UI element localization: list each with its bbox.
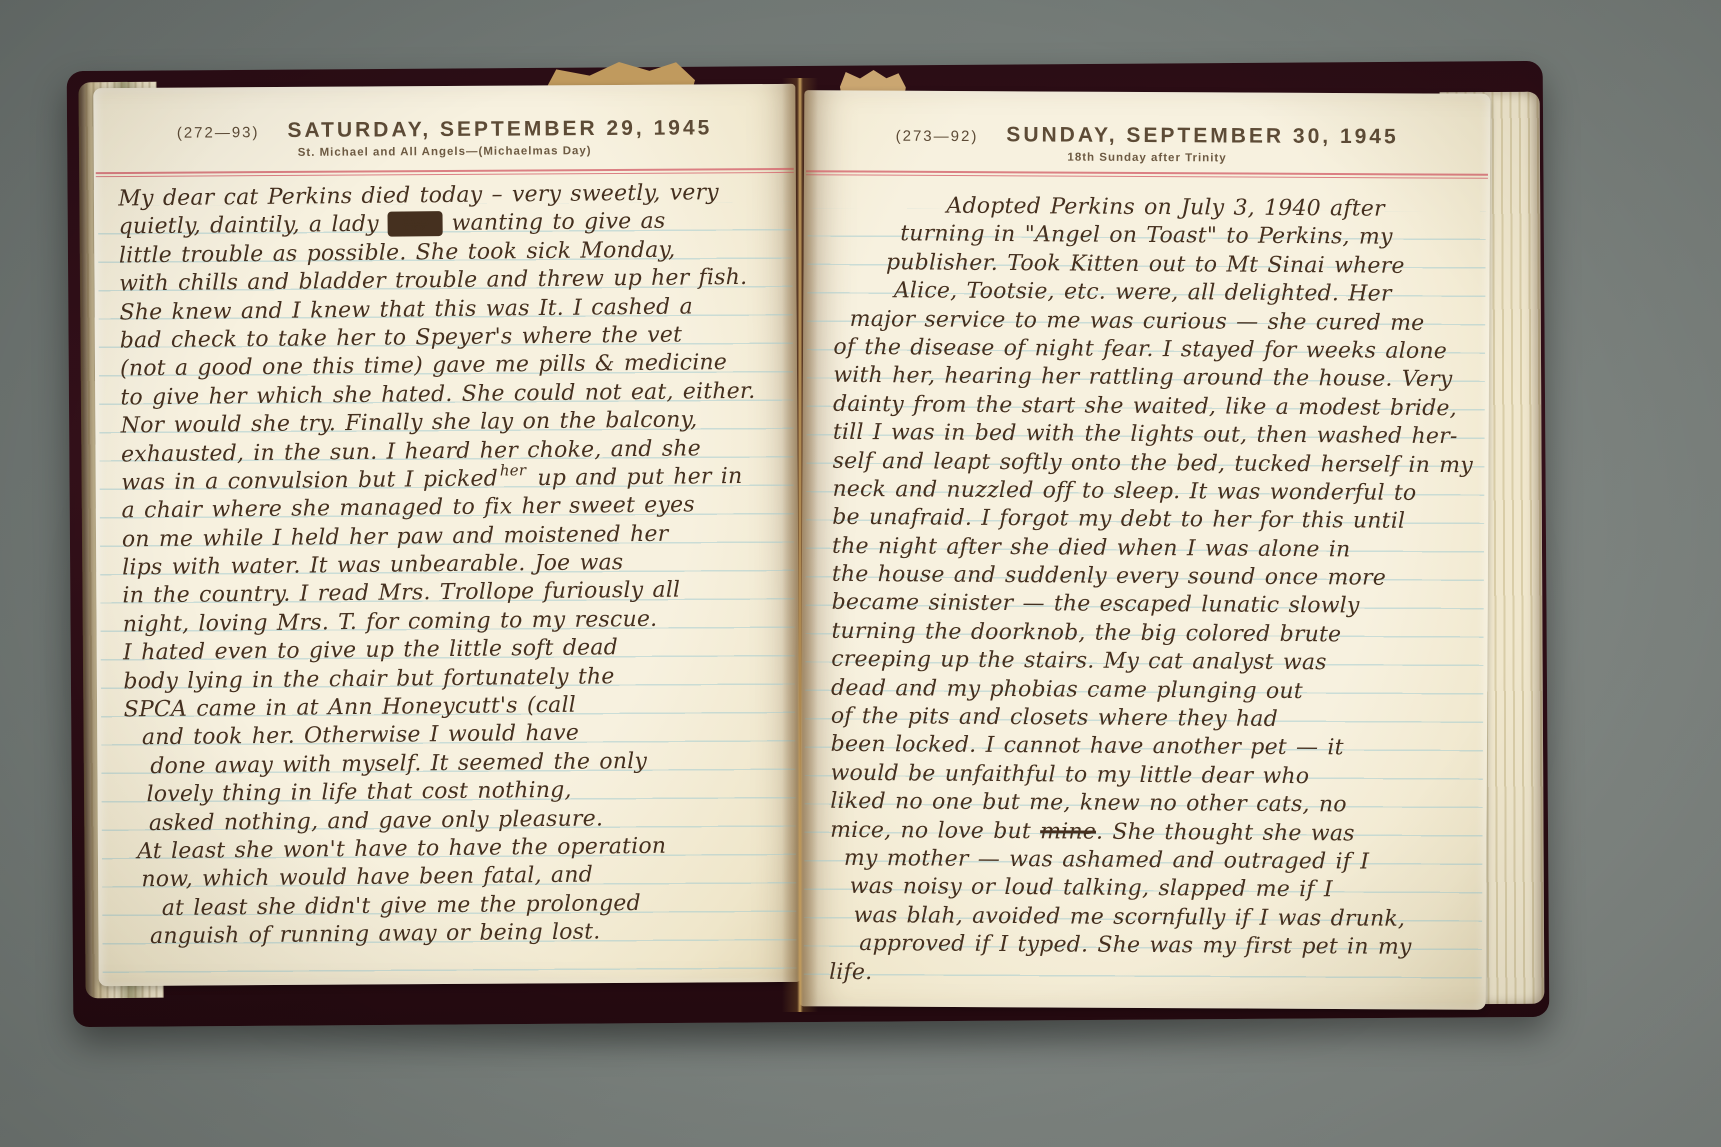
handwritten-line: life. (829, 958, 1475, 991)
handwritten-line: approved if I typed. She was my first pe… (829, 930, 1475, 963)
handwritten-line: was blah, avoided me scornfully if I was… (829, 902, 1475, 935)
feast-day-label: St. Michael and All Angels—(Michaelmas D… (94, 144, 796, 160)
handwritten-line: liked no one but me, knew no other cats,… (830, 788, 1476, 821)
page-header: (272—93)SATURDAY, SEPTEMBER 29, 1945 (93, 116, 795, 144)
handwritten-entry: My dear cat Perkins died today – very sw… (118, 179, 790, 952)
handwritten-line: with her, hearing her rattling around th… (833, 362, 1479, 395)
photo-backdrop: slsiveed (272—93)SATURDAY, SEPTEMBER 29,… (0, 0, 1721, 1147)
date-heading: SUNDAY, SEPTEMBER 30, 1945 (1006, 123, 1398, 148)
handwritten-line: till I was in bed with the lights out, t… (833, 419, 1479, 452)
handwritten-line: dead and my phobias came plunging out (831, 674, 1477, 707)
left-diary-page: (272—93)SATURDAY, SEPTEMBER 29, 1945 St.… (93, 84, 800, 986)
handwritten-line: my mother — was ashamed and outraged if … (830, 845, 1476, 878)
handwritten-line: was noisy or loud talking, slapped me if… (830, 873, 1476, 906)
handwritten-line: turning the doorknob, the big colored br… (831, 618, 1477, 651)
right-diary-page: (273—92)SUNDAY, SEPTEMBER 30, 1945 18th … (800, 90, 1491, 1010)
handwritten-line: the night after she died when I was alon… (832, 532, 1478, 565)
handwritten-line: been locked. I cannot have another pet —… (831, 731, 1477, 764)
handwritten-line: self and leapt softly onto the bed, tuck… (833, 447, 1479, 480)
handwritten-line: neck and nuzzled off to sleep. It was wo… (832, 476, 1478, 509)
header-rule (806, 170, 1488, 179)
page-number: (273—92) (896, 128, 979, 145)
feast-day-label: 18th Sunday after Trinity (804, 150, 1490, 166)
handwritten-line: Adopted Perkins on July 3, 1940 after (834, 192, 1480, 225)
handwritten-line: would be unfaithful to my little dear wh… (830, 760, 1476, 793)
handwritten-line: be unafraid. I forgot my debt to her for… (832, 504, 1478, 537)
handwritten-line: of the pits and closets where they had (831, 703, 1477, 736)
handwritten-entry: Adopted Perkins on July 3, 1940 aftertur… (829, 192, 1481, 991)
date-heading: SATURDAY, SEPTEMBER 29, 1945 (287, 116, 712, 142)
handwritten-line: major service to me was curious — she cu… (834, 305, 1480, 338)
handwritten-line: creeping up the stairs. My cat analyst w… (831, 646, 1477, 679)
header-rule (96, 168, 794, 177)
handwritten-line: of the disease of night fear. I stayed f… (833, 334, 1479, 367)
handwritten-line: became sinister — the escaped lunatic sl… (832, 589, 1478, 622)
handwritten-line: Alice, Tootsie, etc. were, all delighted… (834, 277, 1480, 310)
handwritten-line: mice, no love but mine. She thought she … (830, 816, 1476, 849)
handwritten-line: turning in "Angel on Toast" to Perkins, … (834, 220, 1480, 253)
handwritten-line: the house and suddenly every sound once … (832, 561, 1478, 594)
page-header: (273—92)SUNDAY, SEPTEMBER 30, 1945 (804, 122, 1490, 150)
handwritten-line: dainty from the start she waited, like a… (833, 391, 1479, 424)
handwritten-line: publisher. Took Kitten out to Mt Sinai w… (834, 249, 1480, 282)
page-number: (272—93) (177, 124, 260, 142)
